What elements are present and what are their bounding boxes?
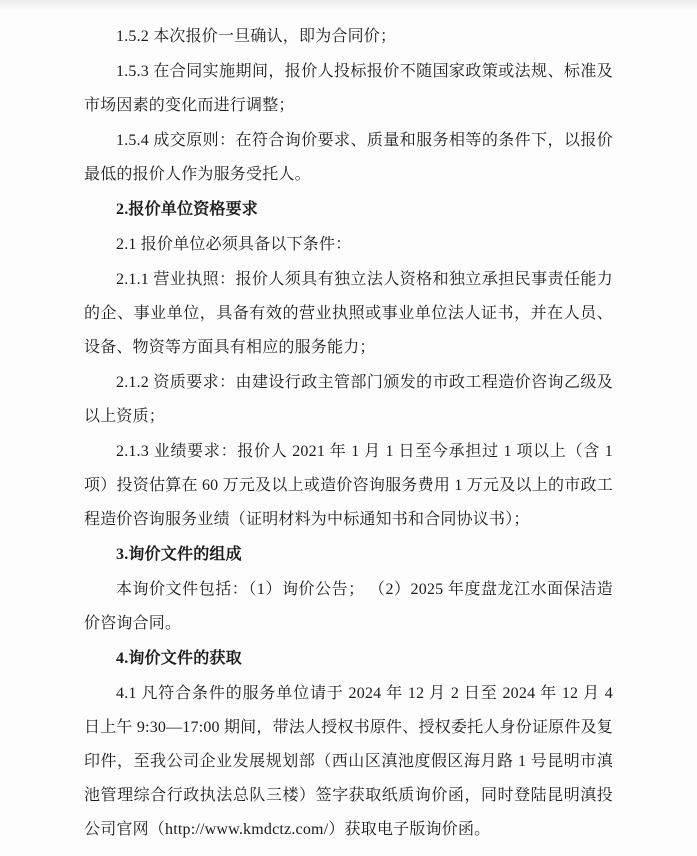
document-content: 1.5.2 本次报价一旦确认，即为合同价； 1.5.3 在合同实施期间，报价人投… xyxy=(84,20,613,848)
section-heading-2-qualification-requirements: 2.报价单位资格要求 xyxy=(84,193,613,227)
clause-2-1-2-qualification: 2.1.2 资质要求：由建设行政主管部门颁发的市政工程造价咨询乙级及以上资质； xyxy=(84,366,613,434)
clause-2-1-1-business-license: 2.1.1 营业执照：报价人须具有独立法人资格和独立承担民事责任能力的企、事业单… xyxy=(84,263,613,365)
clause-1-5-2: 1.5.2 本次报价一旦确认，即为合同价； xyxy=(84,20,613,54)
clause-2-1-3-track-record: 2.1.3 业绩要求：报价人 2021 年 1 月 1 日至今承担过 1 项以上… xyxy=(84,435,613,537)
clause-4-1-acquisition-details: 4.1 凡符合条件的服务单位请于 2024 年 12 月 2 日至 2024 年… xyxy=(84,677,613,847)
clause-3-body: 本询价文件包括：（1）询价公告； （2）2025 年度盘龙江水面保洁造价咨询合同… xyxy=(84,573,613,641)
section-heading-4-document-acquisition: 4.询价文件的获取 xyxy=(84,642,613,676)
scan-edge-shading xyxy=(0,0,697,12)
clause-1-5-3: 1.5.3 在合同实施期间，报价人投标报价不随国家政策或法规、标准及市场因素的变… xyxy=(84,55,613,123)
section-heading-3-document-composition: 3.询价文件的组成 xyxy=(84,538,613,572)
clause-2-1: 2.1 报价单位必须具备以下条件： xyxy=(84,228,613,262)
document-page: 1.5.2 本次报价一旦确认，即为合同价； 1.5.3 在合同实施期间，报价人投… xyxy=(0,0,697,856)
clause-1-5-4: 1.5.4 成交原则：在符合询价要求、质量和服务相等的条件下，以报价最低的报价人… xyxy=(84,124,613,192)
